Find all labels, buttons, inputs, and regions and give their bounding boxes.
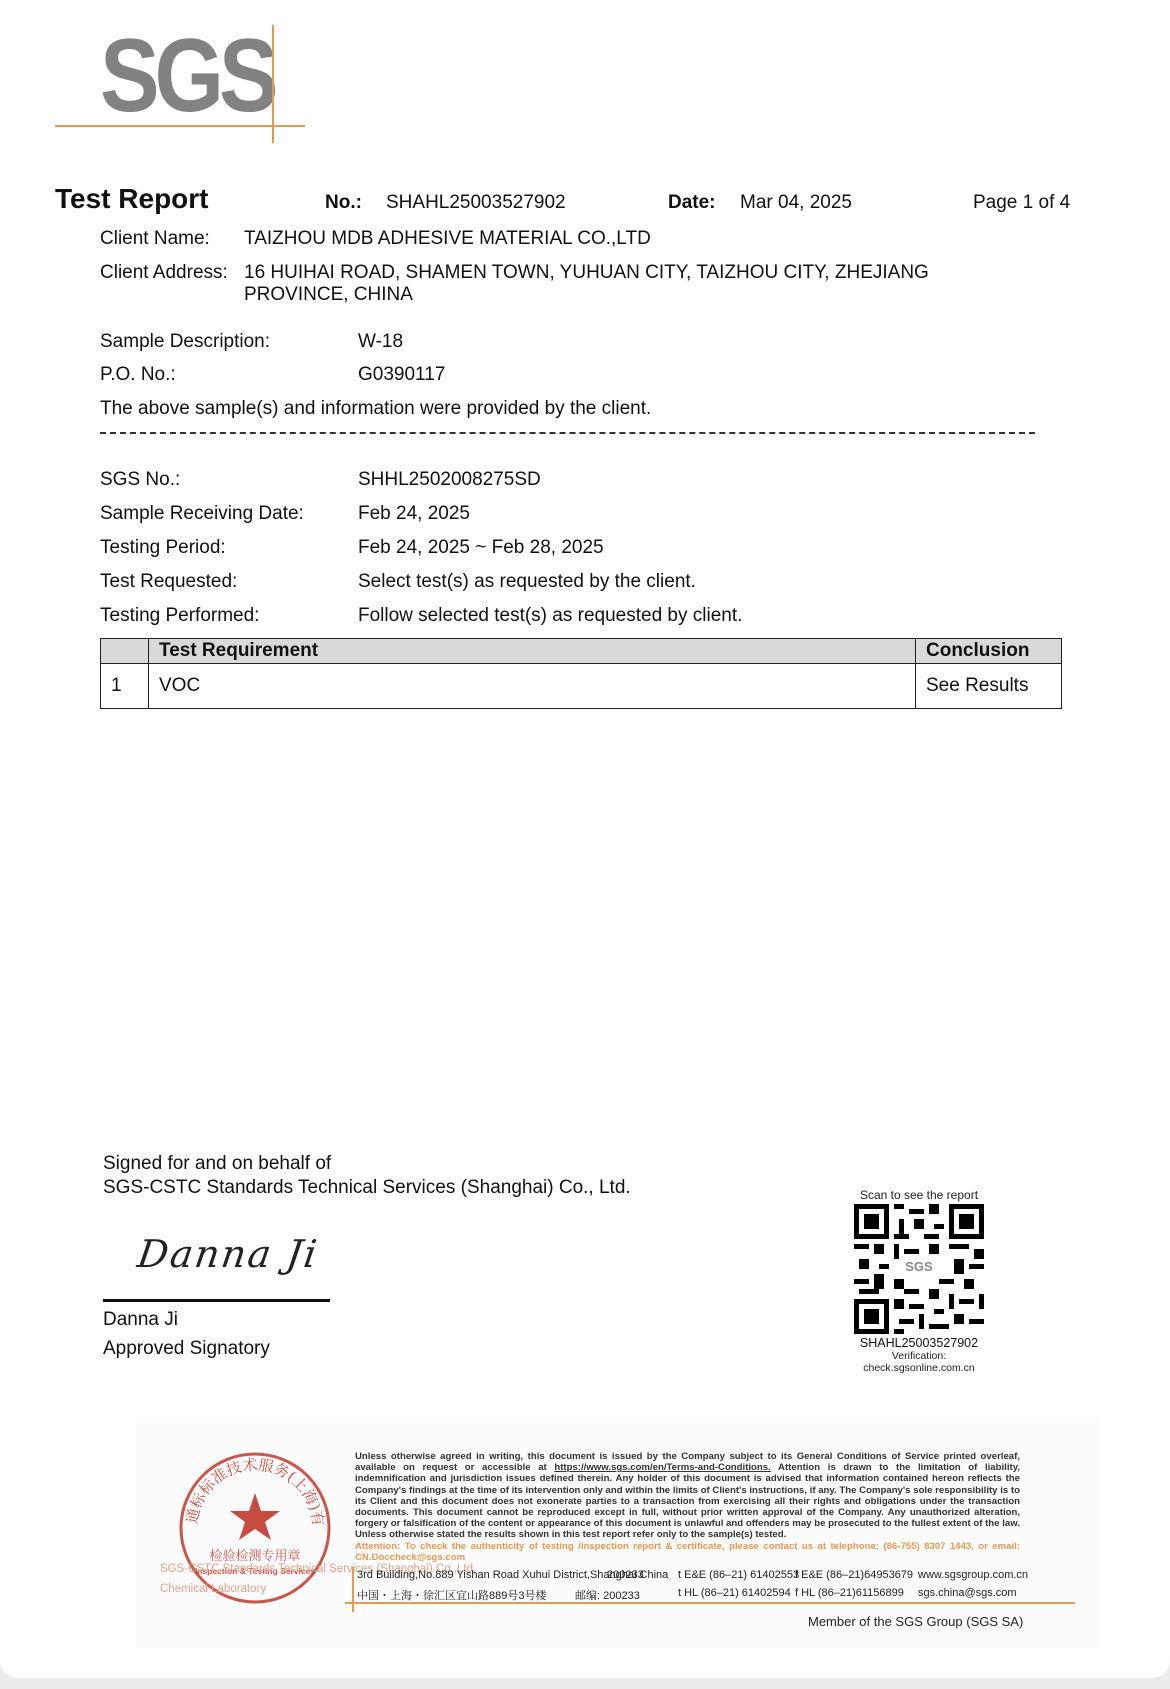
sample-description-value: W-18 bbox=[358, 331, 403, 353]
verification-label: Verification: bbox=[848, 1350, 990, 1362]
website[interactable]: www.sgsgroup.com.cn bbox=[918, 1569, 1028, 1581]
authenticity-attention: Attention: To check the authenticity of … bbox=[355, 1541, 1020, 1563]
table-row: 1 VOC See Results bbox=[101, 664, 1062, 709]
cell-number: 1 bbox=[101, 664, 149, 709]
legal-disclaimer: Unless otherwise agreed in writing, this… bbox=[355, 1451, 1020, 1563]
qr-code-icon[interactable]: SGS bbox=[854, 1204, 984, 1334]
tel-hl: t HL (86–21) 61402594 bbox=[678, 1587, 791, 1599]
testing-performed-value: Follow selected test(s) as requested by … bbox=[358, 605, 742, 627]
verification-url[interactable]: check.sgsonline.com.cn bbox=[848, 1362, 990, 1374]
provided-note: The above sample(s) and information were… bbox=[100, 398, 651, 420]
disclaimer-text-2: Attention is drawn to the limitation of … bbox=[355, 1462, 1020, 1540]
testing-period-value: Feb 24, 2025 ~ Feb 28, 2025 bbox=[358, 537, 604, 559]
dashed-divider bbox=[100, 432, 1035, 434]
qr-caption: Scan to see the report bbox=[848, 1188, 990, 1202]
lab-name-line2: Chemical Laboratory bbox=[160, 1583, 266, 1595]
terms-link[interactable]: https://www.sgs.com/en/Terms-and-Conditi… bbox=[554, 1462, 770, 1473]
page-indicator: Page 1 of 4 bbox=[973, 192, 1070, 214]
svg-text:检验检测专用章: 检验检测专用章 bbox=[209, 1548, 300, 1564]
client-name-label: Client Name: bbox=[100, 228, 210, 250]
sample-description-label: Sample Description: bbox=[100, 331, 270, 353]
logo-horizontal-line bbox=[55, 125, 305, 127]
tel-ee: t E&E (86–21) 61402553 bbox=[678, 1569, 799, 1581]
testing-period-label: Testing Period: bbox=[100, 537, 226, 559]
report-page: SGS Test Report No.: SHAHL25003527902 Da… bbox=[0, 0, 1170, 1678]
sgs-no-value: SHHL2502008275SD bbox=[358, 469, 541, 491]
signed-on-behalf: Signed for and on behalf of bbox=[103, 1153, 331, 1175]
po-label: P.O. No.: bbox=[100, 364, 176, 386]
qr-verification-block: Scan to see the report bbox=[848, 1188, 990, 1374]
report-date-value: Mar 04, 2025 bbox=[740, 192, 852, 214]
signing-company: SGS-CSTC Standards Technical Services (S… bbox=[103, 1177, 631, 1199]
signatory-title: Approved Signatory bbox=[103, 1338, 270, 1360]
testing-performed-label: Testing Performed: bbox=[100, 605, 259, 627]
test-requirement-table: Test Requirement Conclusion 1 VOC See Re… bbox=[100, 638, 1062, 709]
col-header-number bbox=[101, 639, 149, 664]
fax-hl: f HL (86–21)61156899 bbox=[795, 1587, 904, 1599]
fax-ee: f E&E (86–21)64953679 bbox=[795, 1569, 913, 1581]
handwritten-signature: Danna Ji bbox=[135, 1232, 321, 1276]
sgs-logo-text: SGS bbox=[100, 24, 273, 128]
table-header-row: Test Requirement Conclusion bbox=[101, 639, 1062, 664]
report-title: Test Report bbox=[55, 183, 209, 215]
cell-requirement: VOC bbox=[149, 664, 916, 709]
sgs-group-membership: Member of the SGS Group (SGS SA) bbox=[808, 1614, 1023, 1629]
footer-vertical-line bbox=[352, 1567, 354, 1612]
postcode-chinese: 邮编: 200233 bbox=[575, 1587, 640, 1603]
report-no-label: No.: bbox=[325, 192, 362, 214]
sgs-no-label: SGS No.: bbox=[100, 469, 180, 491]
address-chinese: 中国・上海・徐汇区宜山路889号3号楼 bbox=[357, 1587, 546, 1603]
client-name-value: TAIZHOU MDB ADHESIVE MATERIAL CO.,LTD bbox=[244, 228, 651, 250]
col-header-conclusion: Conclusion bbox=[916, 639, 1062, 664]
contact-email[interactable]: sgs.china@sgs.com bbox=[918, 1587, 1017, 1599]
receiving-date-label: Sample Receiving Date: bbox=[100, 503, 304, 525]
report-no-value: SHAHL25003527902 bbox=[386, 192, 566, 214]
receiving-date-value: Feb 24, 2025 bbox=[358, 503, 470, 525]
svg-text:SGS: SGS bbox=[905, 1259, 933, 1274]
test-requested-value: Select test(s) as requested by the clien… bbox=[358, 571, 696, 593]
postcode-english: 200233 bbox=[607, 1569, 644, 1581]
col-header-requirement: Test Requirement bbox=[149, 639, 916, 664]
client-address-line2: PROVINCE, CHINA bbox=[244, 284, 413, 306]
signature-line bbox=[103, 1299, 330, 1302]
client-address-label: Client Address: bbox=[100, 262, 228, 284]
qr-report-id: SHAHL25003527902 bbox=[848, 1336, 990, 1350]
report-date-label: Date: bbox=[668, 192, 716, 214]
logo-vertical-line bbox=[272, 25, 274, 143]
signatory-name: Danna Ji bbox=[103, 1309, 178, 1331]
client-address-line1: 16 HUIHAI ROAD, SHAMEN TOWN, YUHUAN CITY… bbox=[244, 262, 929, 284]
test-requested-label: Test Requested: bbox=[100, 571, 237, 593]
cell-conclusion: See Results bbox=[916, 664, 1062, 709]
po-value: G0390117 bbox=[358, 364, 445, 386]
